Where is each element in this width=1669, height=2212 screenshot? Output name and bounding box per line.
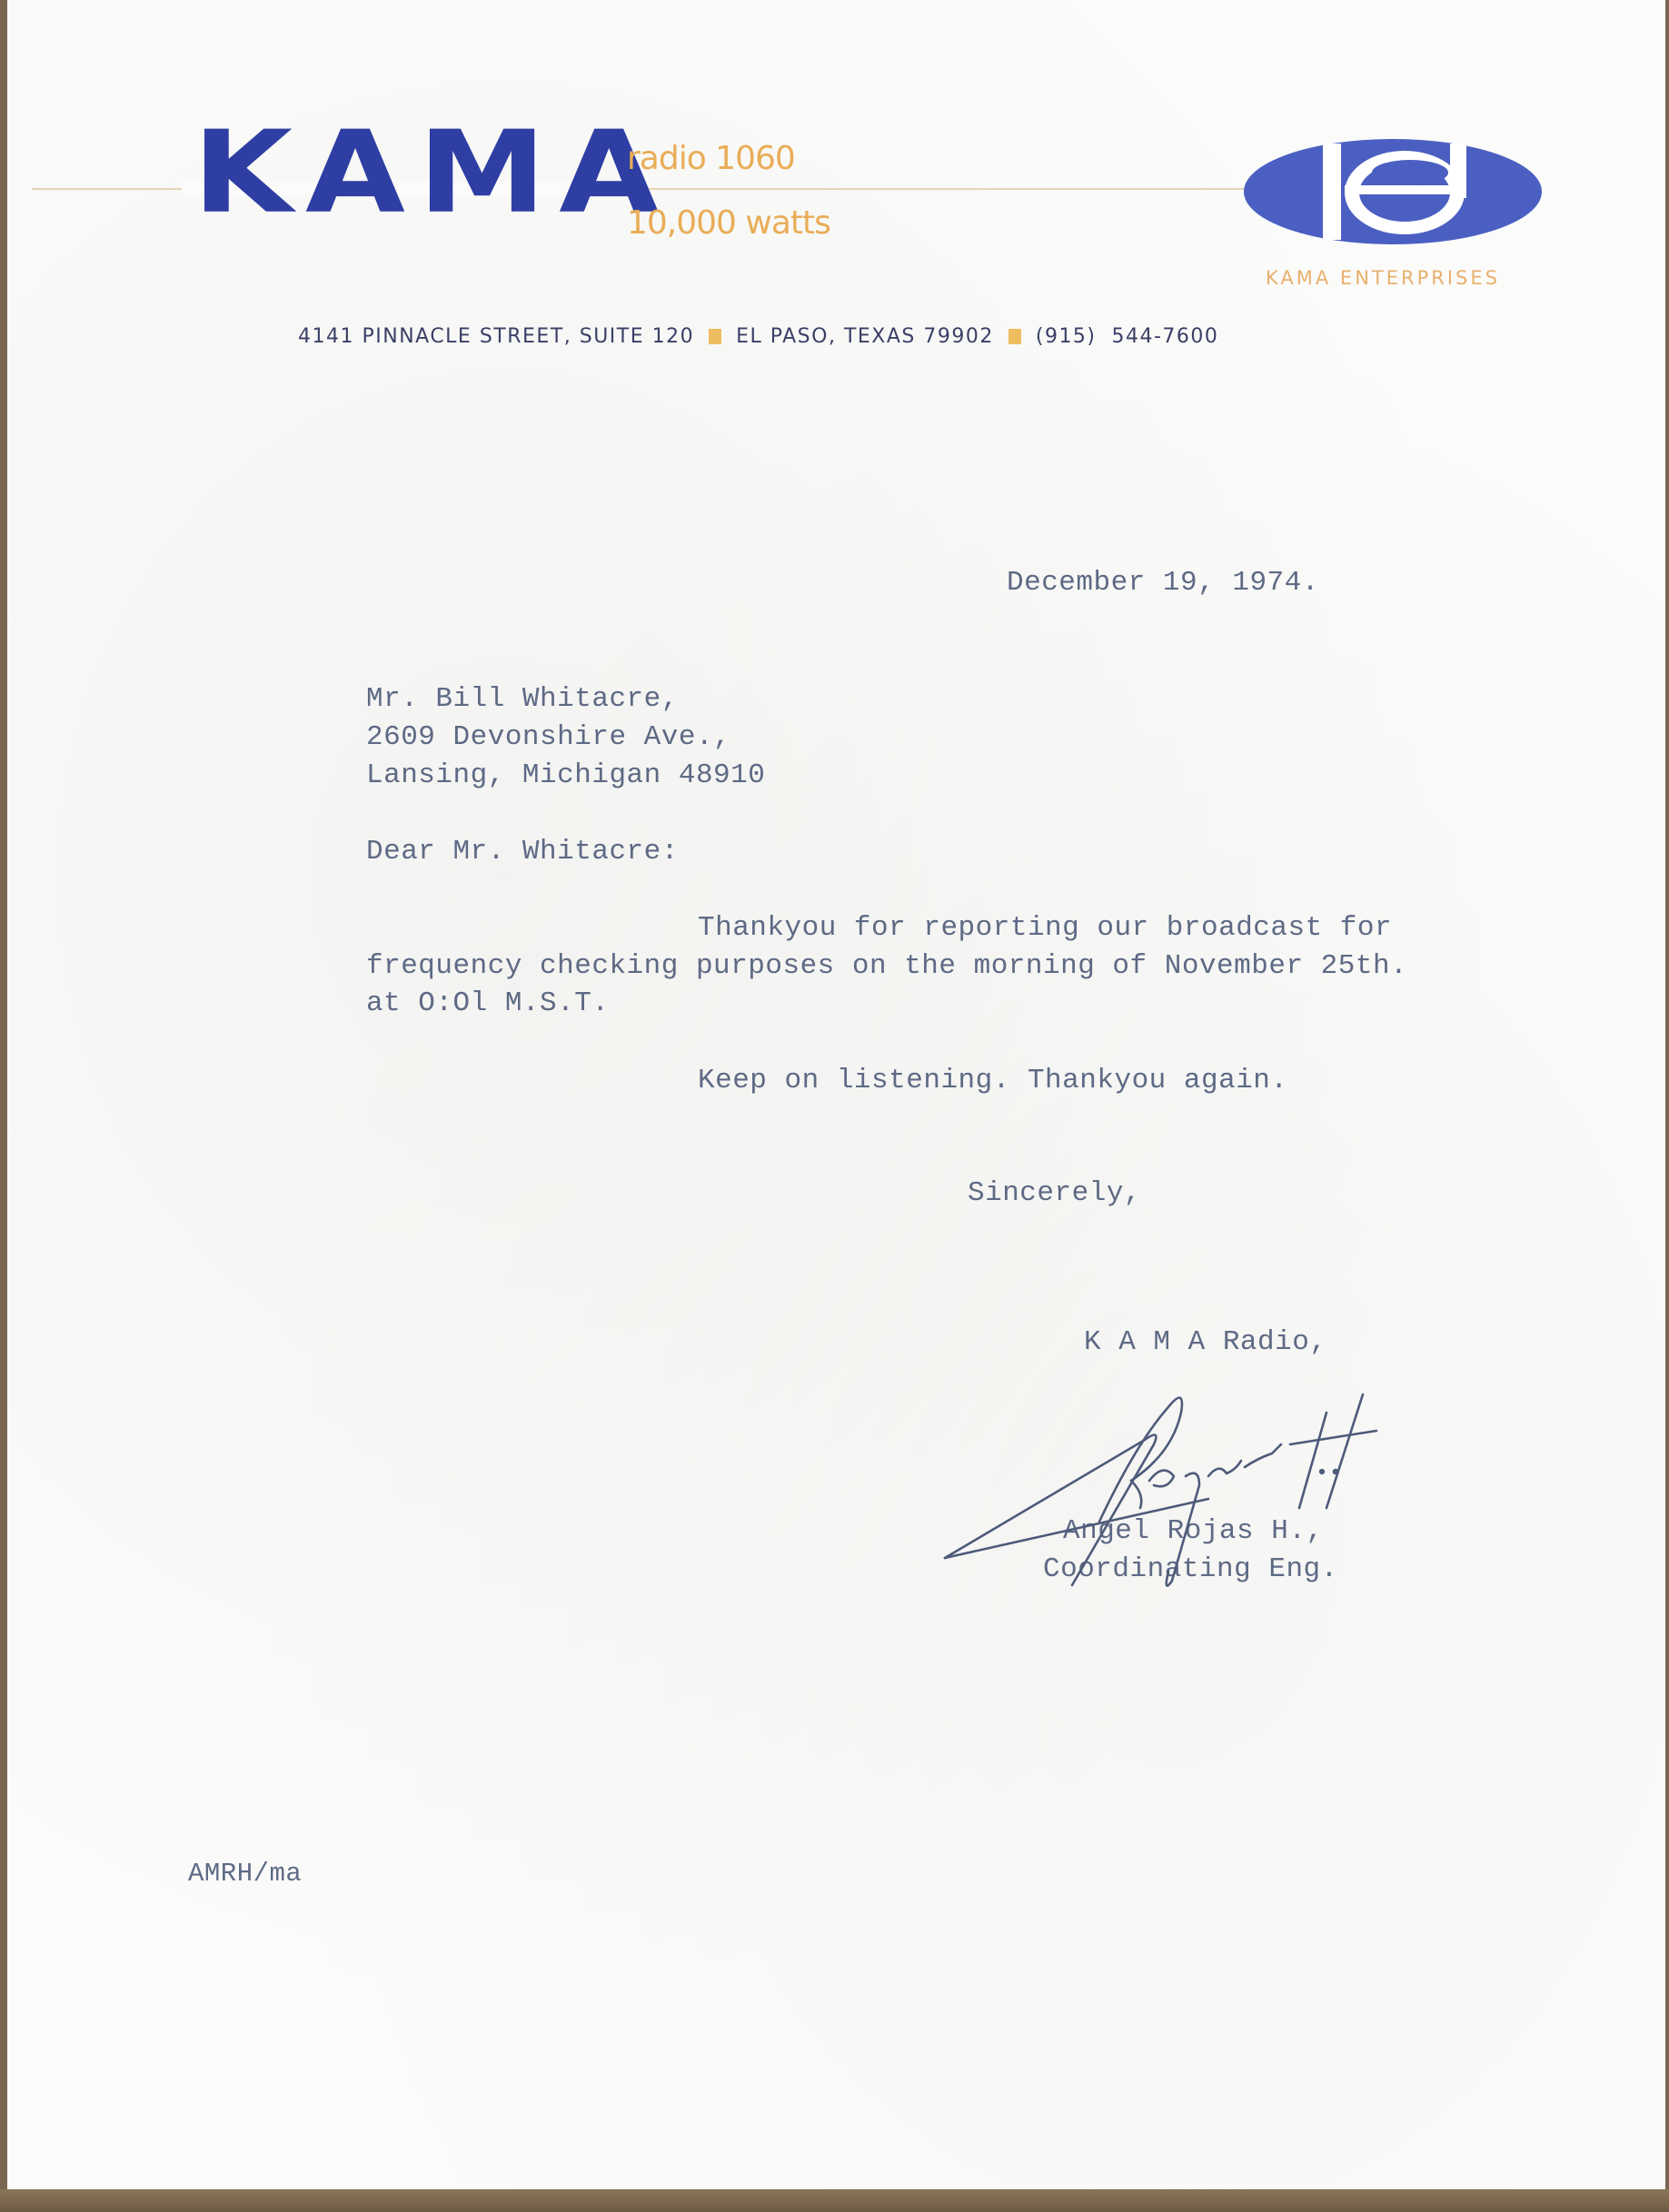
power-label: 10,000 watts [627,207,830,240]
ke-monogram-oval-icon [1243,138,1543,245]
address-city: EL PASO, TEXAS 79902 [736,325,994,348]
address-phone: (915) 544-7600 [1036,325,1219,348]
recipient-name: Mr. Bill Whitacre, [366,683,679,715]
letterhead-address: 4141 PINNACLE STREET, SUITE 120 EL PASO,… [298,325,1218,348]
background-surface [0,2189,1669,2212]
salutation: Dear Mr. Whitacre: [366,836,679,868]
handwritten-signature-icon [936,1372,1445,1617]
body-line-2: frequency checking purposes on the morni… [366,950,1407,982]
closing: Sincerely, [968,1177,1141,1209]
recipient-city: Lansing, Michigan 48910 [366,759,765,791]
station-logo: KAMA [193,116,671,230]
body-line-1: Thankyou for reporting our broadcast for [698,912,1392,944]
address-street: 4141 PINNACLE STREET, SUITE 120 [298,325,694,348]
closing-paragraph: Keep on listening. Thankyou again. [698,1065,1288,1096]
separator-square-icon [709,329,721,344]
reference-initials: AMRH/ma [188,1859,302,1889]
frequency-label: radio 1060 [627,143,795,175]
separator-square-icon [1008,329,1021,344]
recipient-street: 2609 Devonshire Ave., [366,721,730,753]
organization-name: K A M A Radio, [1084,1326,1326,1358]
enterprise-name: KAMA ENTERPRISES [1266,267,1500,289]
body-line-3: at O:Ol M.S.T. [366,987,609,1019]
letter-date: December 19, 1974. [1007,567,1319,599]
